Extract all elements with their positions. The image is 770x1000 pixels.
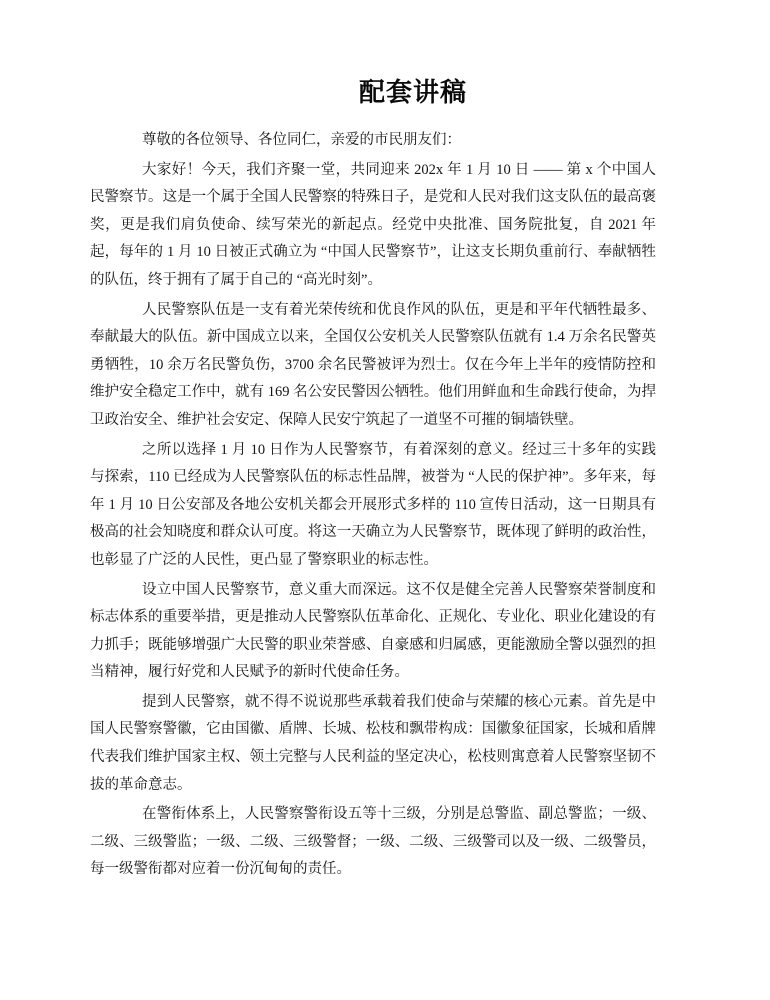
paragraph-ranks: 在警衔体系上，人民警察警衔设五等十三级，分别是总警监、副总警监；一级、二级、三级… [90,801,656,884]
paragraph-greeting: 尊敬的各位领导、各位同仁，亲爱的市民朋友们： [90,127,656,155]
paragraph-opening: 大家好！今天，我们齐聚一堂，共同迎来 202x 年 1 月 10 日 —— 第 … [90,157,656,295]
document-body: 尊敬的各位领导、各位同仁，亲爱的市民朋友们： 大家好！今天，我们齐聚一堂，共同迎… [90,127,656,884]
paragraph-significance: 设立中国人民警察节，意义重大而深远。这不仅是健全完善人民警察荣誉制度和标志体系的… [90,577,656,687]
document-page: 配套讲稿 尊敬的各位领导、各位同仁，亲爱的市民朋友们： 大家好！今天，我们齐聚一… [0,0,770,1000]
paragraph-emblem: 提到人民警察，就不得不说说那些承载着我们使命与荣耀的核心元素。首先是中国人民警察… [90,689,656,799]
document-title: 配套讲稿 [0,0,770,110]
paragraph-sacrifice: 人民警察队伍是一支有着光荣传统和优良作风的队伍，更是和平年代牺牲最多、奉献最大的… [90,297,656,435]
paragraph-date-meaning: 之所以选择 1 月 10 日作为人民警察节，有着深刻的意义。经过三十多年的实践与… [90,437,656,575]
